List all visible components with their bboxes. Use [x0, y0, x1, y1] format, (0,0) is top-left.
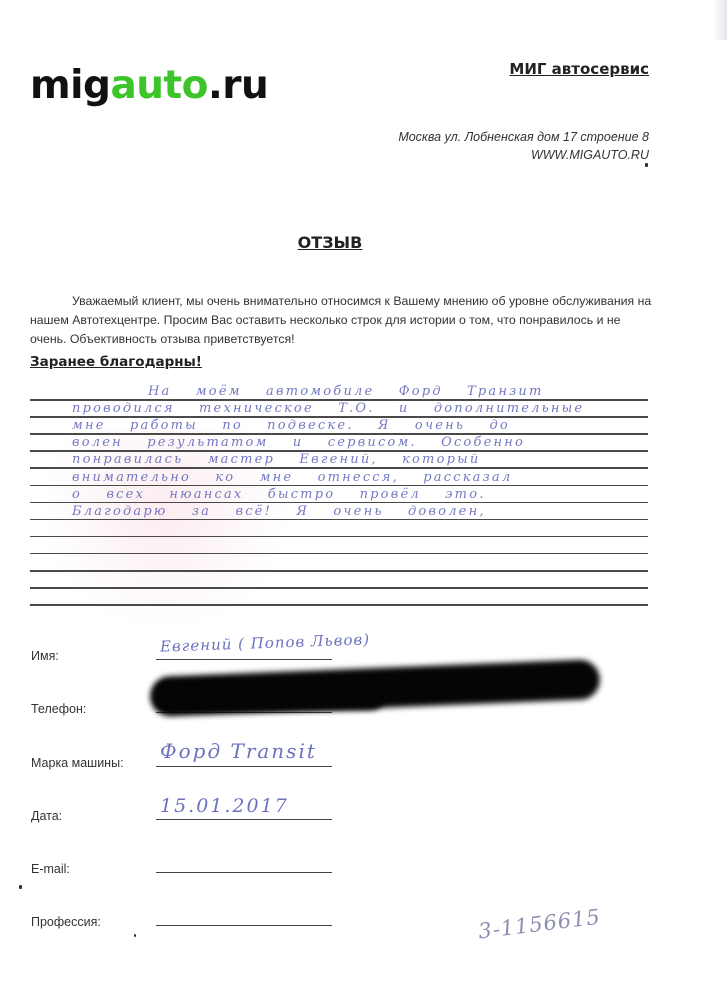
field-line-car-brand[interactable]: [156, 766, 332, 767]
handwritten-review-line: внимательно ко мне отнесся, рассказал: [72, 469, 672, 486]
handwritten-review-line: проводился техническое Т.О. и дополнител…: [72, 400, 672, 417]
handwritten-review-line: [72, 554, 672, 571]
handwritten-review-line: [72, 588, 672, 605]
handwritten-review-line: мне работы по подвеске. Я очень до: [72, 417, 672, 434]
handwritten-review-line: [72, 520, 672, 537]
field-label-phone: Телефон:: [31, 702, 86, 716]
field-label-profession: Профессия:: [31, 915, 101, 929]
field-label-date: Дата:: [31, 809, 62, 823]
handwritten-review-line: Благодарю за всё! Я очень доволен,: [72, 503, 672, 520]
handwritten-review-line: волен результатом и сервисом. Особенно: [72, 434, 672, 451]
field-line-profession[interactable]: [156, 925, 332, 926]
phone-redaction-part: [155, 682, 385, 710]
scan-edge-artifact: [713, 0, 727, 40]
field-value-date: 15.01.2017: [160, 795, 289, 817]
field-value-car-brand: Форд Transit: [160, 739, 317, 763]
field-line-date[interactable]: [156, 819, 332, 820]
handwritten-review-line: [72, 537, 672, 554]
handwritten-review-line: о всех нюансах быстро провёл это.: [72, 486, 672, 503]
field-label-email: E-mail:: [31, 862, 70, 876]
field-label-car-brand: Марка машины:: [31, 756, 124, 770]
field-line-email[interactable]: [156, 872, 332, 873]
handwritten-review-line: понравилась мастер Евгений, который: [72, 451, 672, 468]
handwritten-review-line: [72, 571, 672, 588]
review-area: На моём автомобиле Форд Транзитпроводилс…: [30, 0, 648, 1000]
scan-speck: [134, 934, 136, 937]
handwritten-review-line: На моём автомобиле Форд Транзит: [148, 383, 727, 400]
field-line-name[interactable]: [156, 659, 332, 660]
field-label-name: Имя:: [31, 649, 59, 663]
scan-speck: [19, 885, 22, 889]
